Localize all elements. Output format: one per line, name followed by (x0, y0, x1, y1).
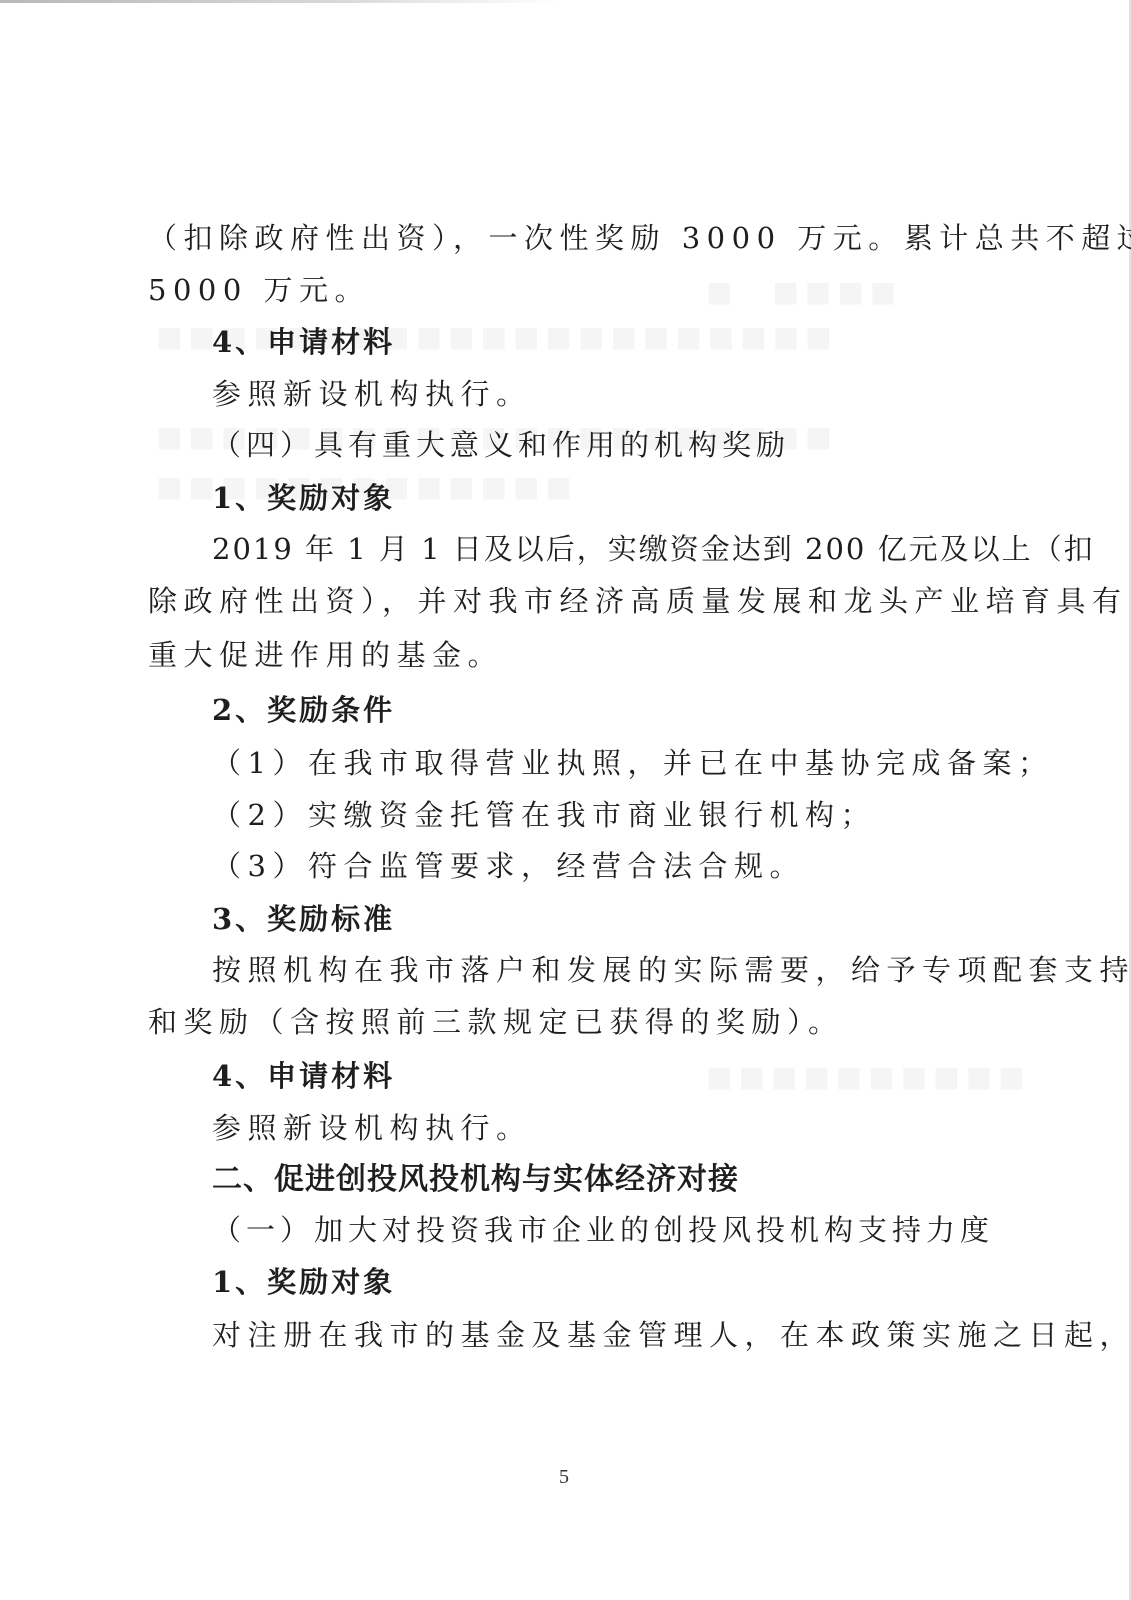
page-number: 5 (559, 1466, 569, 1489)
list-item: （2）实缴资金托管在我市商业银行机构； (212, 789, 876, 841)
sub-heading: 2、奖励条件 (212, 684, 395, 736)
sub-heading: 4、申请材料 (212, 316, 395, 368)
sub-heading: 1、奖励对象 (212, 472, 395, 524)
list-item: （3）符合监管要求，经营合法合规。 (212, 840, 805, 892)
body-line: 参照新设机构执行。 (212, 1102, 532, 1154)
body-line: 和奖励（含按照前三款规定已获得的奖励）。 (148, 996, 844, 1048)
sub-heading: 3、奖励标准 (212, 893, 395, 945)
body-line: 除政府性出资），并对我市经济高质量发展和龙头产业培育具有 (148, 575, 1128, 627)
body-line: 重大促进作用的基金。 (148, 629, 503, 681)
sub-heading: 4、申请材料 (212, 1050, 395, 1102)
body-line: 参照新设机构执行。 (212, 368, 532, 420)
body-line: （扣除政府性出资），一次性奖励 3000 万元。累计总共不超过 (148, 212, 1131, 264)
body-line: 按照机构在我市落户和发展的实际需要，给予专项配套支持 (212, 944, 1131, 996)
document-page: （扣除政府性出资），一次性奖励 3000 万元。累计总共不超过 5000 万元。… (0, 0, 1131, 1600)
section-heading: 二、促进创投风投机构与实体经济对接 (212, 1154, 739, 1206)
paren-heading: （四）具有重大意义和作用的机构奖励 (212, 419, 790, 471)
list-item: （1）在我市取得营业执照，并已在中基协完成备案； (212, 737, 1053, 789)
sub-heading: 1、奖励对象 (212, 1256, 395, 1308)
body-line: 5000 万元。 (148, 264, 370, 316)
body-line: 2019 年 1 月 1 日及以后，实缴资金达到 200 亿元及以上（扣 (212, 523, 1095, 575)
body-line: 对注册在我市的基金及基金管理人，在本政策实施之日起， (212, 1309, 1131, 1361)
paren-heading: （一）加大对投资我市企业的创投风投机构支持力度 (212, 1204, 994, 1256)
